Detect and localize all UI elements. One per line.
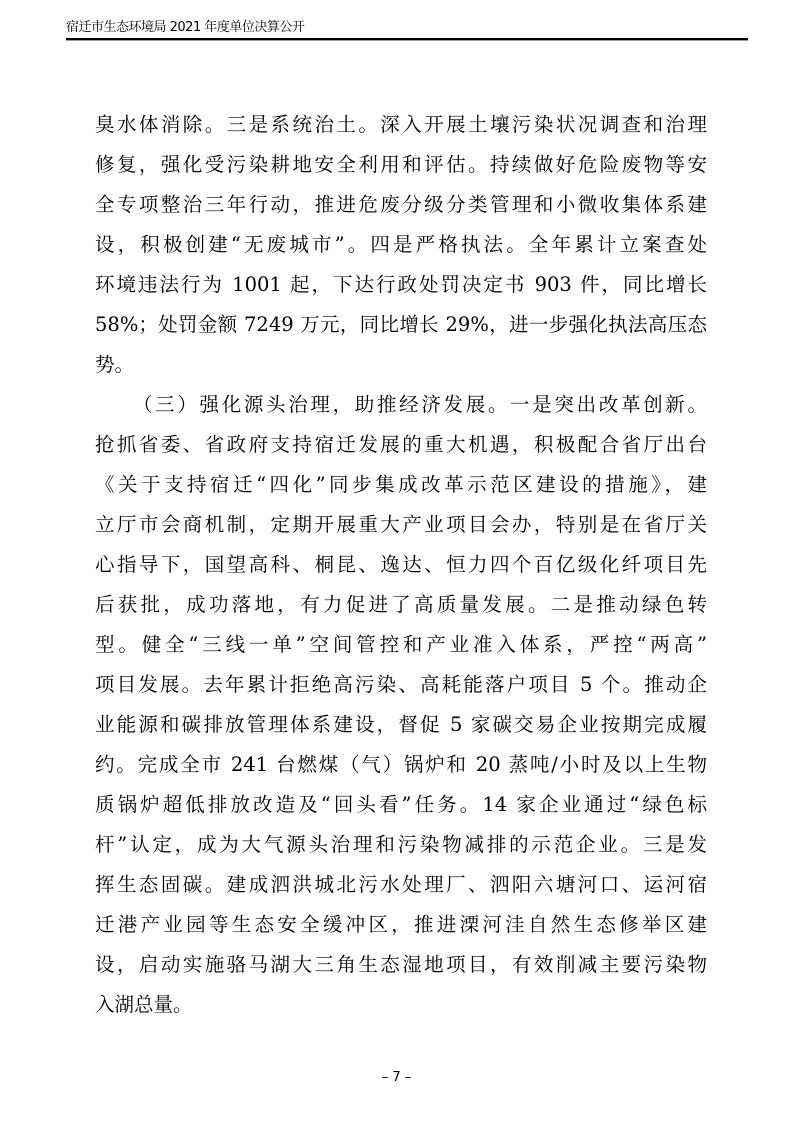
page-header: 宿迁市生态环境局 2021 年度单位决算公开 xyxy=(66,14,748,40)
text-line: 臭水体消除。三是系统治土。深入开展土壤污染状况调查和治理 xyxy=(95,105,707,145)
text-line: 后获批，成功落地，有力促进了高质量发展。二是推动绿色转 xyxy=(95,585,707,625)
text-line: 势。 xyxy=(95,345,707,385)
document-header-title: 宿迁市生态环境局 2021 年度单位决算公开 xyxy=(66,16,304,35)
document-body: 臭水体消除。三是系统治土。深入开展土壤污染状况调查和治理 修复，强化受污染耕地安… xyxy=(95,105,707,1025)
text-line: 杆”认定，成为大气源头治理和污染物减排的示范企业。三是发 xyxy=(95,825,707,865)
paragraph-1: 臭水体消除。三是系统治土。深入开展土壤污染状况调查和治理 修复，强化受污染耕地安… xyxy=(95,105,707,385)
text-line: 约。完成全市 241 台燃煤（气）锅炉和 20 蒸吨/小时及以上生物 xyxy=(95,745,707,785)
text-line: 58%；处罚金额 7249 万元，同比增长 29%，进一步强化执法高压态 xyxy=(95,305,707,345)
text-line: 心指导下，国望高科、桐昆、逸达、恒力四个百亿级化纤项目先 xyxy=(95,545,707,585)
text-line: 全专项整治三年行动，推进危废分级分类管理和小微收集体系建 xyxy=(95,185,707,225)
text-line: 环境违法行为 1001 起，下达行政处罚决定书 903 件，同比增长 xyxy=(95,265,707,305)
text-line: 设，积极创建“无废城市”。四是严格执法。全年累计立案查处 xyxy=(95,225,707,265)
text-line: 质锅炉超低排放改造及“回头看”任务。14 家企业通过“绿色标 xyxy=(95,785,707,825)
text-line: 修复，强化受污染耕地安全利用和评估。持续做好危险废物等安 xyxy=(95,145,707,185)
page-number: – 7 – xyxy=(0,1070,793,1085)
text-line: 抢抓省委、省政府支持宿迁发展的重大机遇，积极配合省厅出台 xyxy=(95,425,707,465)
text-line: 项目发展。去年累计拒绝高污染、高耗能落户项目 5 个。推动企 xyxy=(95,665,707,705)
text-line: 入湖总量。 xyxy=(95,985,707,1025)
text-line: 《关于支持宿迁“四化”同步集成改革示范区建设的措施》，建 xyxy=(95,465,707,505)
text-line: 型。健全“三线一单”空间管控和产业准入体系，严控“两高” xyxy=(95,625,707,665)
paragraph-2: （三）强化源头治理，助推经济发展。一是突出改革创新。 抢抓省委、省政府支持宿迁发… xyxy=(95,385,707,1025)
text-line: 挥生态固碳。建成泗洪城北污水处理厂、泗阳六塘河口、运河宿 xyxy=(95,865,707,905)
text-line: 迁港产业园等生态安全缓冲区，推进溧河洼自然生态修举区建 xyxy=(95,905,707,945)
text-line: 设，启动实施骆马湖大三角生态湿地项目，有效削减主要污染物 xyxy=(95,945,707,985)
text-line: 业能源和碳排放管理体系建设，督促 5 家碳交易企业按期完成履 xyxy=(95,705,707,745)
section-heading-line: （三）强化源头治理，助推经济发展。一是突出改革创新。 xyxy=(95,385,707,425)
text-line: 立厅市会商机制，定期开展重大产业项目会办，特别是在省厅关 xyxy=(95,505,707,545)
